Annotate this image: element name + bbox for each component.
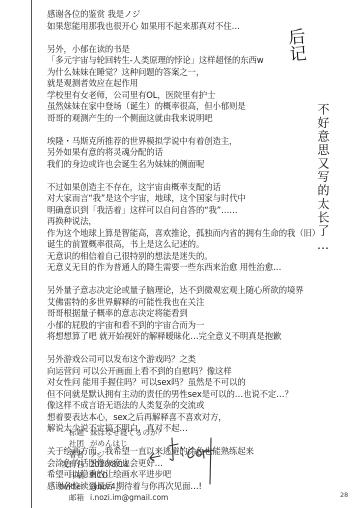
colophon-value: がめんはじ xyxy=(90,439,128,450)
afterword-title: 后记 xyxy=(282,27,306,62)
text-line: 无意识的相信着自己很特别的想法是迷失的。 xyxy=(47,251,297,263)
text-line: 对大家而言“我”是这个宇宙，地球，这个国家与时代中 xyxy=(47,193,297,205)
text-line: 哥哥根据量子概率的意志决定将能看到 xyxy=(47,308,297,320)
text-line: 哥哥的观测产生的一个侧面这就由我来说明吧 xyxy=(47,113,297,125)
text-line: 想着要表达本心，sex之后再解释喜不喜欢对方， xyxy=(47,412,297,424)
text-line: 虽然妹妹在家中登场（诞生）的概率很高，但小郁则是 xyxy=(47,101,297,113)
colophon-label: 印刷 xyxy=(56,471,84,482)
colophon-value: 2020/8/14 xyxy=(90,460,128,471)
colophon-value: PICO xyxy=(90,471,108,482)
text-line: 但不问就是默认拥有主动的责任的男性sex是可以的…也说不定…？ xyxy=(47,389,297,401)
colophon-label: 社团 xyxy=(56,439,84,450)
text-line: 我们的身边或许也会诞生名为妹妹的侧面呢 xyxy=(47,159,297,171)
text-line: 不过如果创造主不存在，这宇宙由概率支配的话 xyxy=(47,182,297,194)
text-line: 为什么妹妹在睡觉？这种问题的答案之一， xyxy=(47,67,297,79)
colophon-label: 著者 xyxy=(56,450,84,461)
text-line: 小郁的屁股的宇宙和看不到的宇宙合而为一 xyxy=(47,320,297,332)
colophon-row-email: 邮箱 i.nozi.im@gmail.com xyxy=(56,493,168,504)
text-line: 埃隆・马斯克所推荐的世界模拟学说中有着创造主， xyxy=(47,136,297,148)
colophon-value: @noz4_ xyxy=(90,482,119,493)
text-line: 再换种说法， xyxy=(47,216,297,228)
text-line: 学校里有女老师，公司里有OL，医院里有护士 xyxy=(47,90,297,102)
paragraph-6: 另外游戏公司可以发布这个游戏吗？之类 向运营问 可以公开画面上看不到的自慰吗？像… xyxy=(47,354,297,435)
text-line: 对女性问 能用手握住吗？可以sex吗？虽然是不可以的 xyxy=(47,377,297,389)
text-line: 「多元宇宙与轮回转生-人类原理的悖论」这样超怪的东西w xyxy=(47,55,297,67)
page-number: 28 xyxy=(340,491,348,499)
colophon-value: ノジ xyxy=(90,450,105,461)
text-line: 诞生的前置概率很高，书上是这么记述的。 xyxy=(47,239,297,251)
text-line: 明确意识到「我活着」这样可以自问自答的“我”…… xyxy=(47,205,297,217)
colophon-label: 邮箱 xyxy=(56,493,84,504)
handwritten-signature xyxy=(148,432,228,492)
paragraph-5: 另外量子意志决定论或量子脑理论，达不到微观宏观上随心所欲的境界 艾佛雷特的多世界… xyxy=(47,285,297,343)
vertical-side-note: 不好意思又写的太长了… xyxy=(314,103,330,254)
text-line: 像这样不成言语无语法的人类复杂的交流或 xyxy=(47,400,297,412)
paragraph-3: 埃隆・马斯克所推荐的世界模拟学说中有着创造主， 另外如果有意的将灵魂分配的话 我… xyxy=(47,136,297,171)
text-line: 无意义无目的作为普通人的降生需要一些东西来治愈 用性治愈… xyxy=(47,262,297,274)
text-line: 感谢各位的鉴赏 我是ノジ xyxy=(47,9,297,21)
text-line: 作为这个地球上算是智能高，喜欢推论，孤独而内省的拥有生命的我（旧） xyxy=(47,228,297,240)
colophon-value: i.nozi.im@gmail.com xyxy=(90,493,168,504)
paragraph-2: 另外，小郁在读的书是 「多元宇宙与轮回转生-人类原理的悖论」这样超怪的东西w 为… xyxy=(47,44,297,125)
colophon-label: 发行日 xyxy=(56,460,84,471)
text-line: 就是观测者效应在起作用 xyxy=(47,78,297,90)
text-line: 另外如果有意的将灵魂分配的话 xyxy=(47,147,297,159)
text-line: 艾佛雷特的多世界解释的可能性我也在关注 xyxy=(47,297,297,309)
text-line: 另外，小郁在读的书是 xyxy=(47,44,297,56)
paragraph-1: 感谢各位的鉴赏 我是ノジ 如果您能用那我也很开心 如果用不起来那真对不住… xyxy=(47,9,297,32)
text-line: 另外量子意志决定论或量子脑理论，达不到微观宏观上随心所欲的境界 xyxy=(47,285,297,297)
colophon-label: 标题 xyxy=(56,428,84,439)
paragraph-4: 不过如果创造主不存在，这宇宙由概率支配的话 对大家而言“我”是这个宇宙，地球，这… xyxy=(47,182,297,274)
afterword-page: 感谢各位的鉴赏 我是ノジ 如果您能用那我也很开心 如果用不起来那真对不住… 另外… xyxy=(0,0,360,508)
text-line: 将想想算了吧 就开始视奸的解释暧昧化…完全意义不明真是抱歉 xyxy=(47,331,297,343)
text-line: 向运营问 可以公开画面上看不到的自慰吗？像这样 xyxy=(47,366,297,378)
page-margin-rule xyxy=(31,0,32,508)
colophon-label: twitter xyxy=(56,482,84,493)
text-line: 另外游戏公司可以发布这个游戏吗？之类 xyxy=(47,354,297,366)
text-line: 如果您能用那我也很开心 如果用不起来那真对不住… xyxy=(47,21,297,33)
